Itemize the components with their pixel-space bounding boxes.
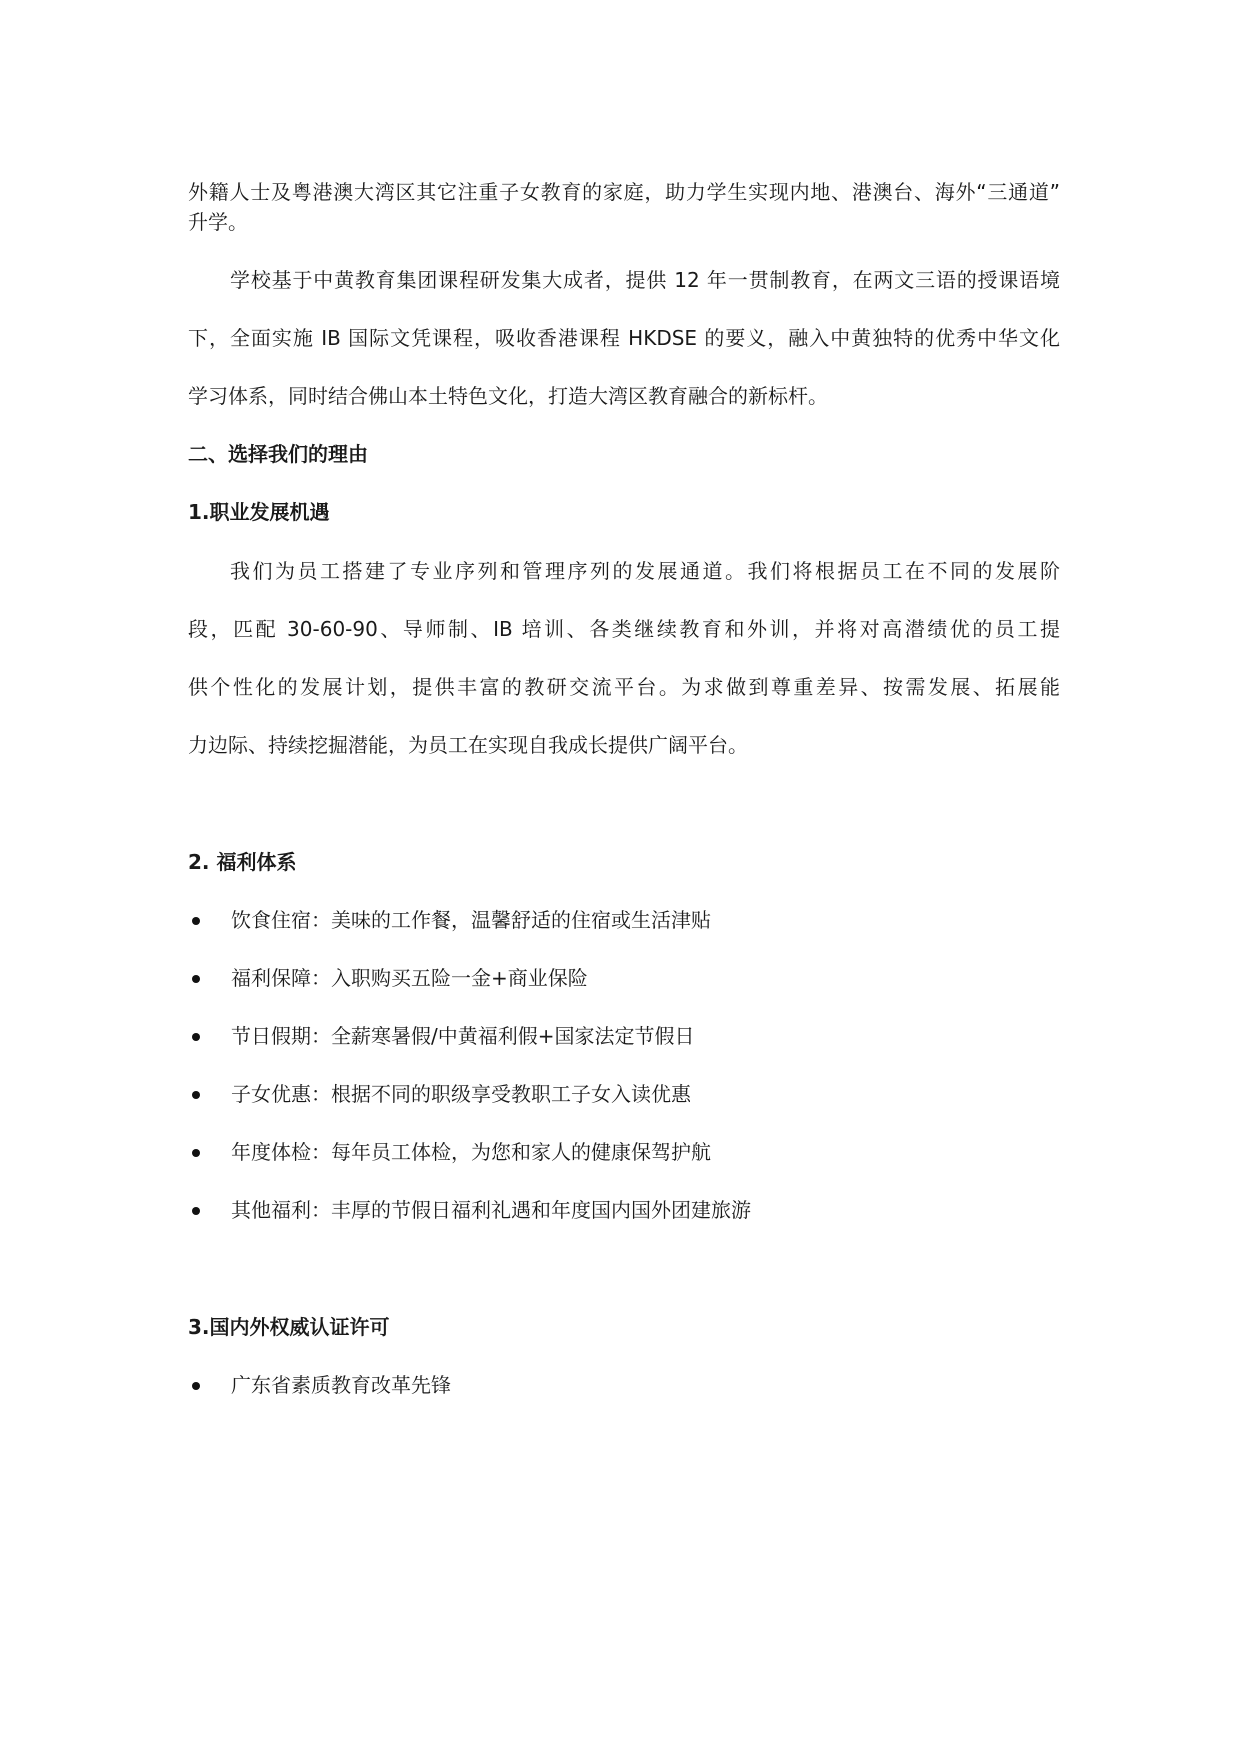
section-heading-reasons: 二、选择我们的理由 bbox=[188, 440, 368, 468]
bullet-icon bbox=[192, 975, 200, 983]
list-item-text: 广东省素质教育改革先锋 bbox=[231, 1371, 451, 1399]
school-paragraph-line-3: 学习体系，同时结合佛山本土特色文化，打造大湾区教育融合的新标杆。 bbox=[188, 382, 828, 410]
bullet-icon bbox=[192, 1207, 200, 1215]
school-paragraph-line-2: 下，全面实施 IB 国际文凭课程，吸收香港课程 HKDSE 的要义，融入中黄独特… bbox=[188, 324, 1060, 352]
list-item-text: 年度体检：每年员工体检，为您和家人的健康保驾护航 bbox=[231, 1138, 711, 1166]
career-paragraph-line-4: 力边际、持续挖掘潜能，为员工在实现自我成长提供广阔平台。 bbox=[188, 731, 748, 759]
list-item-text: 福利保障：入职购买五险一金+商业保险 bbox=[231, 964, 588, 992]
intro-line-2: 升学。 bbox=[188, 208, 248, 236]
intro-line-1: 外籍人士及粤港澳大湾区其它注重子女教育的家庭，助力学生实现内地、港澳台、海外“三… bbox=[188, 178, 1060, 206]
bullet-icon bbox=[192, 1091, 200, 1099]
career-paragraph-line-2: 段，匹配 30-60-90、导师制、IB 培训、各类继续教育和外训，并将对高潜绩… bbox=[188, 615, 1060, 643]
list-item-text: 饮食住宿：美味的工作餐，温馨舒适的住宿或生活津贴 bbox=[231, 906, 711, 934]
subheading-career: 1.职业发展机遇 bbox=[188, 498, 330, 526]
school-paragraph-line-1: 学校基于中黄教育集团课程研发集大成者，提供 12 年一贯制教育，在两文三语的授课… bbox=[230, 266, 1060, 294]
subheading-certifications: 3.国内外权威认证许可 bbox=[188, 1313, 390, 1341]
subheading-benefits: 2. 福利体系 bbox=[188, 848, 296, 876]
career-paragraph-line-1: 我们为员工搭建了专业序列和管理序列的发展通道。我们将根据员工在不同的发展阶 bbox=[230, 557, 1060, 585]
bullet-icon bbox=[192, 917, 200, 925]
bullet-icon bbox=[192, 1033, 200, 1041]
bullet-icon bbox=[192, 1149, 200, 1157]
bullet-icon bbox=[192, 1382, 200, 1390]
list-item-text: 子女优惠：根据不同的职级享受教职工子女入读优惠 bbox=[231, 1080, 691, 1108]
list-item-text: 其他福利：丰厚的节假日福利礼遇和年度国内国外团建旅游 bbox=[231, 1196, 751, 1224]
list-item-text: 节日假期：全薪寒暑假/中黄福利假+国家法定节假日 bbox=[231, 1022, 695, 1050]
career-paragraph-line-3: 供个性化的发展计划，提供丰富的教研交流平台。为求做到尊重差异、按需发展、拓展能 bbox=[188, 673, 1060, 701]
